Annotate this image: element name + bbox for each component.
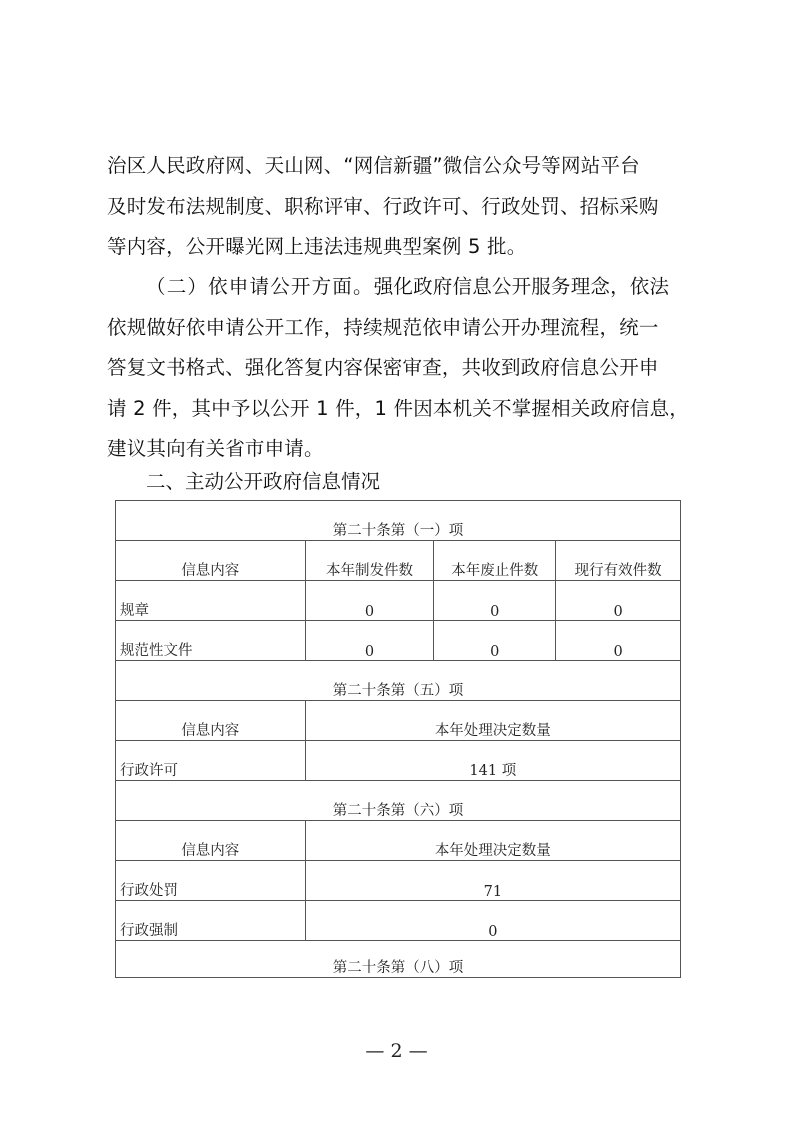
section-title: 第二十条第（五）项	[116, 661, 681, 701]
row-label: 规范性文件	[116, 621, 306, 661]
column-header: 现行有效件数	[556, 541, 681, 581]
column-header: 本年处理决定数量	[305, 821, 680, 861]
apply-section-paragraph: （二）依申请公开方面。强化政府信息公开服务理念，依法 依规做好依申请公开工作，持…	[107, 267, 693, 470]
table-row: 行政强制 0	[116, 901, 681, 941]
text-line: （二）依申请公开方面。强化政府信息公开服务理念，依法	[107, 267, 693, 308]
table-section-row: 第二十条第（五）项	[116, 661, 681, 701]
section-title: 第二十条第（八）项	[116, 941, 681, 978]
text-line: 答复文书格式、强化答复内容保密审查，共收到政府信息公开申	[107, 348, 693, 389]
page-number: — 2 —	[0, 1040, 793, 1062]
subsection-title: （二）依申请公开方面。	[146, 275, 374, 298]
cell-value: 0	[305, 581, 434, 621]
section-heading: 二、主动公开政府信息情况	[146, 466, 380, 494]
cell-value: 0	[434, 581, 556, 621]
row-label: 行政处罚	[116, 861, 306, 901]
cell-value: 141 项	[305, 741, 680, 781]
cell-value: 0	[556, 621, 681, 661]
text-line: 请 2 件，其中予以公开 1 件，1 件因本机关不掌握相关政府信息，	[107, 389, 693, 430]
column-header: 本年废止件数	[434, 541, 556, 581]
section-title: 第二十条第（一）项	[116, 501, 681, 541]
table-header-row: 信息内容 本年处理决定数量	[116, 821, 681, 861]
cell-value: 0	[305, 901, 680, 941]
text-line: 建议其向有关省市申请。	[107, 429, 693, 470]
column-header: 信息内容	[116, 541, 306, 581]
section-title: 第二十条第（六）项	[116, 781, 681, 821]
cell-value: 71	[305, 861, 680, 901]
text-line: 及时发布法规制度、职称评审、行政许可、行政处罚、招标采购	[107, 187, 693, 228]
text-fragment: 强化政府信息公开服务理念，依法	[374, 275, 670, 298]
table-row: 规章 0 0 0	[116, 581, 681, 621]
cell-value: 0	[434, 621, 556, 661]
text-line: 等内容，公开曝光网上违法违规典型案例 5 批。	[107, 227, 693, 268]
column-header: 本年处理决定数量	[305, 701, 680, 741]
row-label: 规章	[116, 581, 306, 621]
table-header-row: 信息内容 本年制发件数 本年废止件数 现行有效件数	[116, 541, 681, 581]
table-header-row: 信息内容 本年处理决定数量	[116, 701, 681, 741]
disclosure-table: 第二十条第（一）项 信息内容 本年制发件数 本年废止件数 现行有效件数 规章 0…	[115, 500, 681, 978]
row-label: 行政许可	[116, 741, 306, 781]
column-header: 信息内容	[116, 701, 306, 741]
table-section-row: 第二十条第（八）项	[116, 941, 681, 978]
table-row: 行政处罚 71	[116, 861, 681, 901]
column-header: 信息内容	[116, 821, 306, 861]
intro-paragraph: 治区人民政府网、天山网、“网信新疆”微信公众号等网站平台 及时发布法规制度、职称…	[107, 146, 693, 268]
text-line: 依规做好依申请公开工作，持续规范依申请公开办理流程，统一	[107, 308, 693, 349]
column-header: 本年制发件数	[305, 541, 434, 581]
cell-value: 0	[556, 581, 681, 621]
row-label: 行政强制	[116, 901, 306, 941]
table-row: 规范性文件 0 0 0	[116, 621, 681, 661]
cell-value: 0	[305, 621, 434, 661]
table-section-row: 第二十条第（六）项	[116, 781, 681, 821]
table-section-row: 第二十条第（一）项	[116, 501, 681, 541]
text-line: 治区人民政府网、天山网、“网信新疆”微信公众号等网站平台	[107, 146, 693, 187]
table-row: 行政许可 141 项	[116, 741, 681, 781]
